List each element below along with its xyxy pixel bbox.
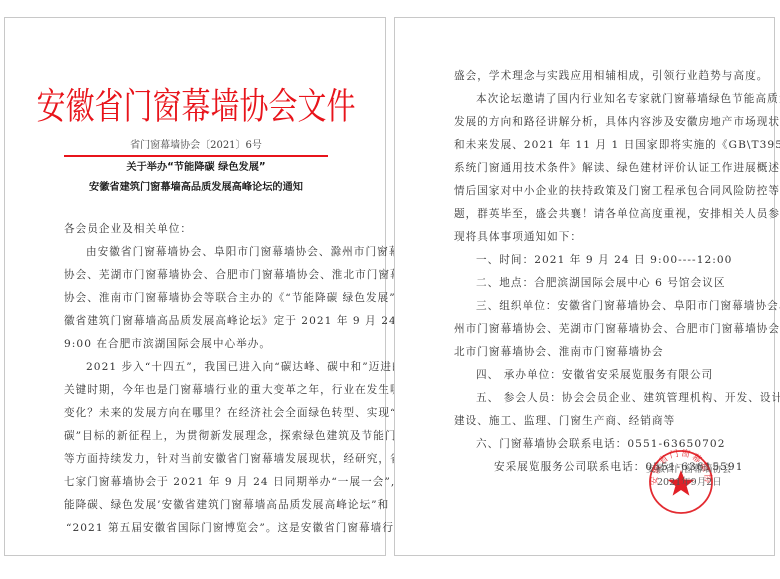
body-line: 情后国家对中小企业的扶持政策及门窗工程承包合同风险防控等话 [454, 184, 780, 198]
notice-title-line-1: 关于举办“节能降碳 绿色发展” [5, 161, 387, 175]
body-line: 2021 步入“十四五”，我国已进入向“碳达峰、碳中和”迈进的 [86, 360, 404, 374]
document-number: 省门窗幕墙协会〔2021〕6号 [5, 139, 387, 153]
salutation: 各会员企业及相关单位： [64, 222, 192, 236]
body-line: 北市门窗幕墙协会、淮南市门窗幕墙协会 [454, 345, 664, 359]
body-line: “2021 第五届安徽省国际门窗博览会”。这是安徽省门窗幕墙行业的 [66, 521, 417, 535]
body-line: 协会、淮南市门窗幕墙协会等联合主办的《“节能降碳 绿色发展”安 [64, 291, 407, 305]
body-line: 和未来发展、2021 年 11 月 1 日国家即将实施的《GB\T39529--… [454, 138, 780, 152]
notice-title-line-2: 安徽省建筑门窗幕墙高品质发展高峰论坛的通知 [5, 181, 387, 195]
body-line: 能降碳、绿色发展’安徽省建筑门窗幕墙高品质发展高峰论坛”和 [64, 498, 389, 512]
body-line: 七家门窗幕墙协会于 2021 年 9 月 24 日同期举办“一展一会”,即“‘节 [64, 475, 429, 489]
body-line: 盛会，学术理念与实践应用相辅相成，引领行业趋势与高度。 [454, 69, 768, 83]
organizers-item: 三、组织单位：安徽省门窗幕墙协会、阜阳市门窗幕墙协会、滁 [476, 299, 780, 313]
body-line: 关键时期，今年也是门窗幕墙行业的重大变革之年，行业在发生哪些 [64, 383, 413, 397]
document-page-left: 安徽省门窗幕墙协会文件 省门窗幕墙协会〔2021〕6号 关于举办“节能降碳 绿色… [4, 17, 386, 556]
document-page-right: 盛会，学术理念与实践应用相辅相成，引领行业趋势与高度。 本次论坛邀请了国内行业知… [394, 17, 775, 556]
body-line: 本次论坛邀请了国内行业知名专家就门窗幕墙绿色节能高质量 [476, 92, 780, 106]
body-line: 徽省建筑门窗幕墙高品质发展高峰论坛》定于 2021 年 9 月 24 日上午 [64, 314, 436, 328]
schedule-time-item: 一、时间：2021 年 9 月 24 日 9:00----12:00 [476, 253, 732, 267]
schedule-location-item: 二、地点：合肥滨湖国际会展中心 6 号馆会议区 [476, 276, 726, 290]
red-divider-rule [64, 155, 328, 157]
body-line: 题，群英毕至，盛会共襄！请各单位高度重视，安排相关人员参加， [454, 207, 780, 221]
body-line: 由安徽省门窗幕墙协会、阜阳市门窗幕墙协会、滁州市门窗幕墙 [86, 245, 412, 259]
host-unit-item: 四、 承办单位：安徽省安采展览服务有限公司 [476, 368, 713, 382]
body-line: 系统门窗通用技术条件》解读、绿色建材评价认证工作进展概述和疫 [454, 161, 780, 175]
body-line: 建设、施工、监理、门窗生产商、经销商等 [454, 414, 675, 428]
body-line: 发展的方向和路径讲解分析，具体内容涉及安徽房地产市场现状分析 [454, 115, 780, 129]
body-line: 等方面持续发力，针对当前安徽省门窗幕墙发展现状，经研究，省内 [64, 452, 413, 466]
body-line: 协会、芜湖市门窗幕墙协会、合肥市门窗幕墙协会、淮北市门窗幕墙 [64, 268, 413, 282]
body-line: 碳”目标的新征程上，为贯彻新发展理念，探索绿色建筑及节能门窗 [64, 429, 408, 443]
body-line: 变化？未来的发展方向在哪里？在经济社会全面绿色转型、实现“双 [64, 406, 408, 420]
attendees-item: 五、 参会人员：协会会员企业、建筑管理机构、开发、设计、 [476, 391, 780, 405]
body-line: 州市门窗幕墙协会、芜湖市门窗幕墙协会、合肥市门窗幕墙协会、淮 [454, 322, 780, 336]
body-line: 现将具体事项通知如下： [454, 230, 582, 244]
signature-org: 安徽省门窗幕墙协会 [646, 464, 732, 475]
signature-date: 2021年9月2日 [657, 477, 722, 488]
document-header-title: 安徽省门窗幕墙协会文件 [5, 81, 387, 131]
body-line: 9:00 在合肥市滨湖国际会展中心举办。 [64, 337, 271, 351]
